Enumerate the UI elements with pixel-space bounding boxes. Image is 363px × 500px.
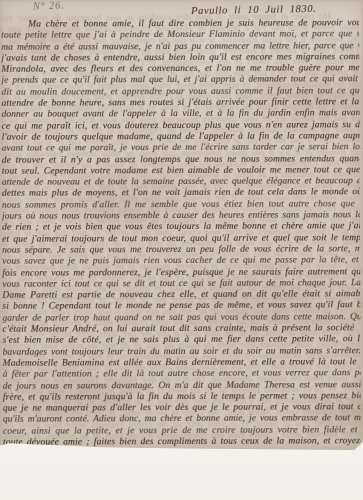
- letter-number: N° 26.: [33, 0, 65, 12]
- handwritten-line: avant tout ce qui me paraît, je vous pri…: [2, 142, 360, 155]
- handwritten-line: garder de parler trop haut quand on ne s…: [2, 312, 360, 325]
- handwritten-line: coeur, ainsi que la petite, et je vous p…: [3, 425, 361, 438]
- handwritten-line: toute dévouée amie ; faites bien des com…: [3, 436, 361, 449]
- scanned-letter-page: Ma chère et bonne amie, il faut dire com…: [0, 0, 363, 500]
- handwritten-line: ma mémoire a été aussi mauvaise, je n'ai…: [1, 41, 359, 54]
- handwritten-line: vous savez que je ne puis jamais rien vo…: [2, 255, 360, 268]
- handwritten-line: bavardages vont toujours leur train du m…: [2, 346, 360, 359]
- handwritten-line: donner au bouquet avant de l'appeler à l…: [1, 109, 359, 122]
- handwritten-line: vous raconter ici tout ce qui se dit et …: [2, 278, 360, 291]
- handwritten-line: attende de nouveau et de toute la semain…: [2, 176, 360, 189]
- handwritten-line: de jours nous en saurons davantage. On m…: [3, 380, 361, 393]
- handwritten-line: jours où nous nous trouvions ensemble à …: [2, 210, 360, 223]
- letter-sheet: Ma chère et bonne amie, il faut dire com…: [0, 0, 363, 450]
- handwritten-line: dit au moulin doucement, et apprendre po…: [1, 86, 359, 99]
- handwritten-body: Ma chère et bonne amie, il faut dire com…: [1, 18, 361, 449]
